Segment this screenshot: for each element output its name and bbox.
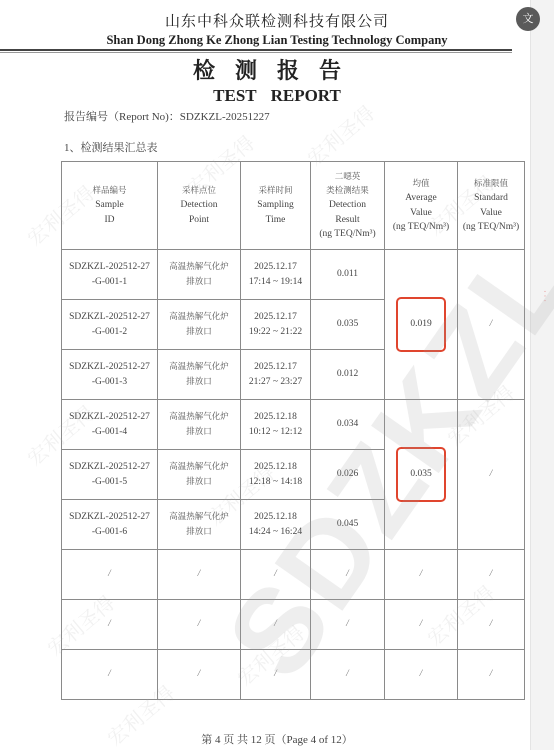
company-name-cn: 山东中科众联检测科技有限公司: [0, 10, 554, 31]
empty-cell: /: [241, 550, 311, 600]
column-header: 均值AverageValue(ng TEQ/Nm³): [385, 162, 458, 250]
table-row: SDZKZL-202512-27-G-001-4高温热解气化炉排放口2025.1…: [62, 400, 525, 450]
empty-table-row: //////: [62, 550, 525, 600]
detection-point-cell: 高温热解气化炉排放口: [158, 350, 241, 400]
result-cell: 0.035: [311, 300, 385, 350]
result-cell: 0.012: [311, 350, 385, 400]
report-title-cn: 检测报告: [0, 54, 554, 85]
header-divider-thin: [0, 52, 512, 53]
table-row: SDZKZL-202512-27-G-001-1高温热解气化炉排放口2025.1…: [62, 250, 525, 300]
standard-value-cell: /: [458, 400, 525, 550]
empty-cell: /: [62, 600, 158, 650]
page-footer: 第 4 页 共 12 页（Page 4 of 12）: [0, 731, 554, 747]
detection-point-cell: 高温热解气化炉排放口: [158, 450, 241, 500]
sample-id-cell: SDZKZL-202512-27-G-001-6: [62, 500, 158, 550]
detection-point-cell: 高温热解气化炉排放口: [158, 250, 241, 300]
column-header: 采样点位DetectionPoint: [158, 162, 241, 250]
sample-id-cell: SDZKZL-202512-27-G-001-3: [62, 350, 158, 400]
column-header: 采样时间SamplingTime: [241, 162, 311, 250]
red-seal-mark: · · ·: [540, 290, 549, 302]
empty-cell: /: [458, 650, 525, 700]
empty-cell: /: [458, 550, 525, 600]
empty-table-row: //////: [62, 650, 525, 700]
sampling-time-cell: 2025.12.1814:24 ~ 16:24: [241, 500, 311, 550]
section-title: 1、检测结果汇总表: [64, 139, 158, 155]
highlight-box: 0.035: [396, 447, 445, 501]
empty-cell: /: [385, 650, 458, 700]
sample-id-cell: SDZKZL-202512-27-G-001-5: [62, 450, 158, 500]
sample-id-cell: SDZKZL-202512-27-G-001-2: [62, 300, 158, 350]
empty-cell: /: [241, 650, 311, 700]
empty-cell: /: [62, 650, 158, 700]
detection-point-cell: 高温热解气化炉排放口: [158, 400, 241, 450]
company-name-en: Shan Dong Zhong Ke Zhong Lian Testing Te…: [0, 33, 554, 48]
detection-point-cell: 高温热解气化炉排放口: [158, 300, 241, 350]
result-cell: 0.011: [311, 250, 385, 300]
sampling-time-cell: 2025.12.1810:12 ~ 12:12: [241, 400, 311, 450]
empty-cell: /: [158, 550, 241, 600]
result-cell: 0.026: [311, 450, 385, 500]
empty-cell: /: [458, 600, 525, 650]
viewer-sidebar: [530, 0, 554, 750]
report-number: 报告编号（Report No)：SDZKZL-20251227: [64, 108, 270, 124]
empty-cell: /: [311, 650, 385, 700]
average-value-cell: 0.035: [385, 400, 458, 550]
standard-value-cell: /: [458, 250, 525, 400]
empty-cell: /: [311, 600, 385, 650]
result-cell: 0.034: [311, 400, 385, 450]
report-page: 山东中科众联检测科技有限公司 Shan Dong Zhong Ke Zhong …: [0, 0, 530, 750]
empty-cell: /: [385, 600, 458, 650]
results-table: 样品编号SampleID采样点位DetectionPoint采样时间Sampli…: [61, 161, 525, 700]
empty-cell: /: [158, 650, 241, 700]
sampling-time-cell: 2025.12.1721:27 ~ 23:27: [241, 350, 311, 400]
empty-cell: /: [311, 550, 385, 600]
empty-table-row: //////: [62, 600, 525, 650]
sample-id-cell: SDZKZL-202512-27-G-001-4: [62, 400, 158, 450]
empty-cell: /: [241, 600, 311, 650]
sampling-time-cell: 2025.12.1717:14 ~ 19:14: [241, 250, 311, 300]
empty-cell: /: [385, 550, 458, 600]
empty-cell: /: [158, 600, 241, 650]
column-header: 样品编号SampleID: [62, 162, 158, 250]
sampling-time-cell: 2025.12.1812:18 ~ 14:18: [241, 450, 311, 500]
sample-id-cell: SDZKZL-202512-27-G-001-1: [62, 250, 158, 300]
empty-cell: /: [62, 550, 158, 600]
table-header-row: 样品编号SampleID采样点位DetectionPoint采样时间Sampli…: [62, 162, 525, 250]
detection-point-cell: 高温热解气化炉排放口: [158, 500, 241, 550]
average-value-cell: 0.019: [385, 250, 458, 400]
highlight-box: 0.019: [396, 297, 445, 351]
header-divider: [0, 49, 512, 51]
column-header: 标准限值StandardValue(ng TEQ/Nm³): [458, 162, 525, 250]
result-cell: 0.045: [311, 500, 385, 550]
sampling-time-cell: 2025.12.1719:22 ~ 21:22: [241, 300, 311, 350]
report-title-en: TEST REPORT: [0, 86, 554, 106]
translate-icon[interactable]: 文: [516, 7, 540, 31]
column-header: 二噁英类检测结果DetectionResult(ng TEQ/Nm³): [311, 162, 385, 250]
